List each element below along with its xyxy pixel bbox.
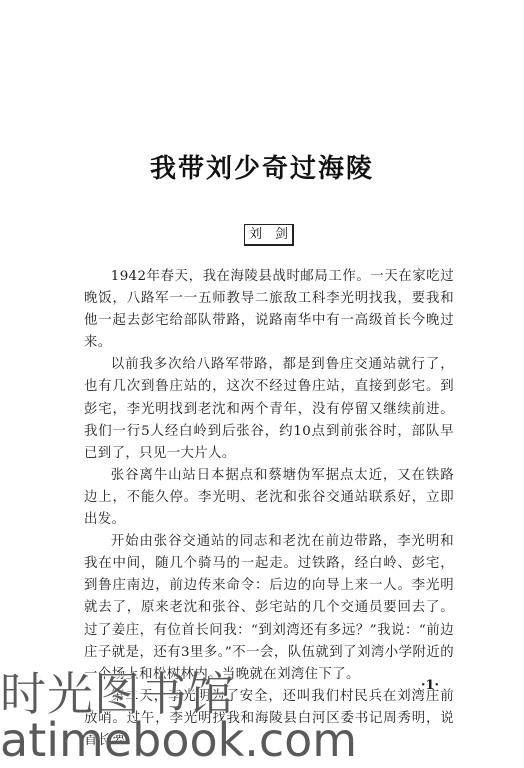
author-given-name: 剑 [275,225,288,244]
paragraph: 张谷离牛山站日本据点和蔡塘伪军据点太近，又在铁路边上，不能久停。李光明、老沈和张… [84,465,454,531]
watermark-url: atimebook.com [0,712,357,768]
article-title: 我带刘少奇过海陵 [0,148,524,185]
page-number: ·1· [400,678,460,693]
author-surname: 刘 [249,225,262,244]
paragraph: 1942年春天，我在海陵县战时邮局工作。一天在家吃过晚饭，八路军一一五师教导二旅… [84,266,454,354]
paragraph: 开始由张谷交通站的同志和老沈在前边带路，李光明和我在中间，随几个骑马的一起走。过… [84,531,454,686]
author-box: 刘 剑 [244,224,294,246]
document-page: 我带刘少奇过海陵 刘 剑 1942年春天，我在海陵县战时邮局工作。一天在家吃过晚… [0,0,524,768]
paragraph: 以前我多次给八路军带路，都是到鲁庄交通站就行了，也有几次到鲁庄站的，这次不经过鲁… [84,354,454,464]
